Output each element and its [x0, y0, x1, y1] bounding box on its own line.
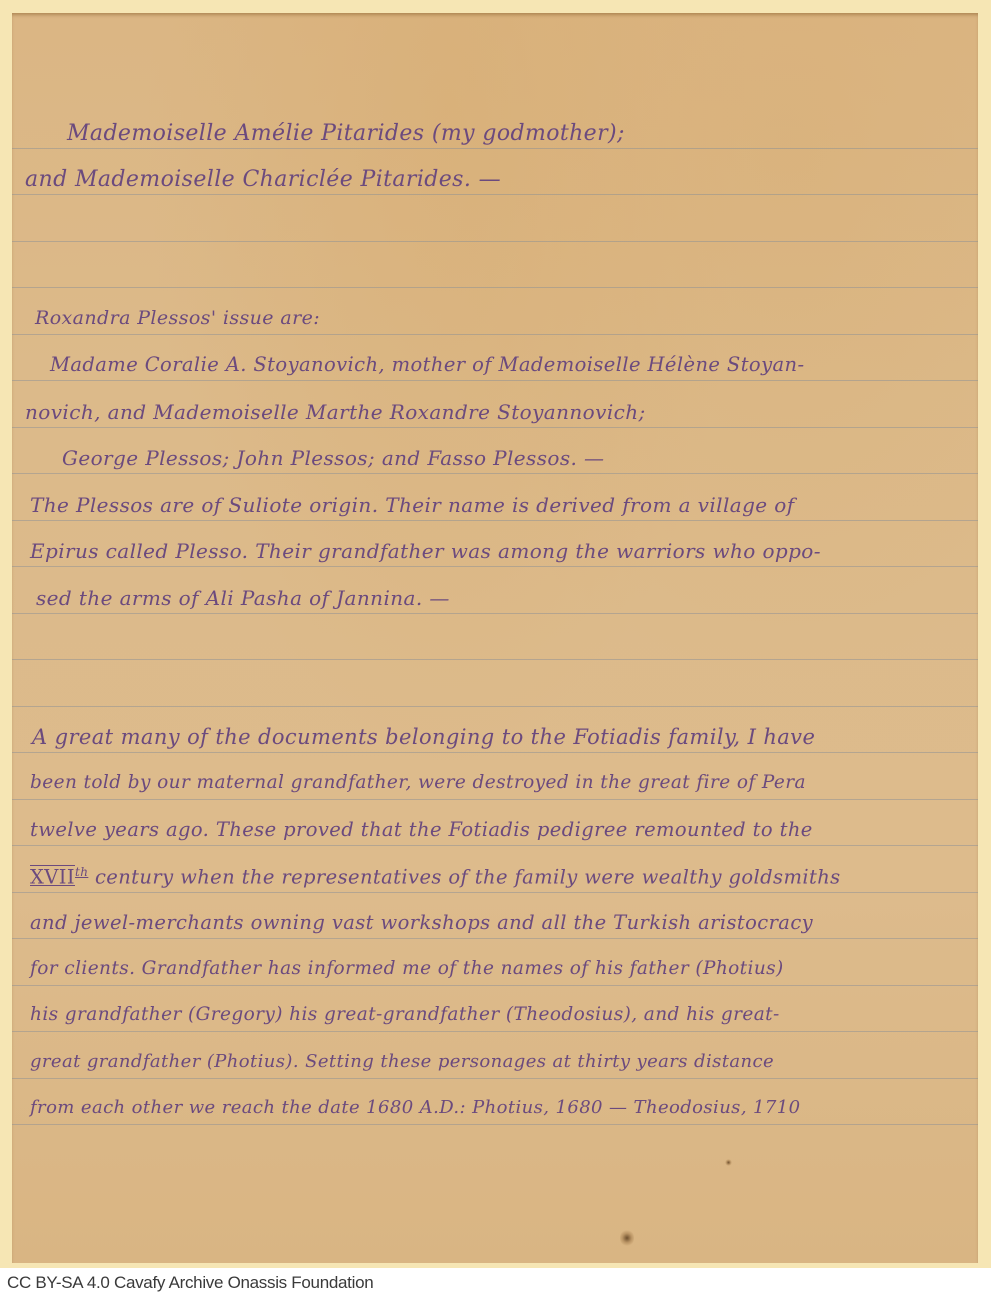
- handwritten-line: novich, and Mademoiselle Marthe Roxandre…: [25, 400, 646, 424]
- ruled-line: [12, 1124, 978, 1125]
- ruled-line: [12, 427, 978, 428]
- ruled-line: [12, 473, 978, 474]
- ruled-line: [12, 985, 978, 986]
- handwritten-line: his grandfather (Gregory) his great-gran…: [30, 1004, 780, 1025]
- handwritten-line: and jewel-merchants owning vast workshop…: [30, 911, 813, 934]
- handwritten-line: from each other we reach the date 1680 A…: [30, 1097, 800, 1118]
- ruled-line: [12, 520, 978, 521]
- handwritten-line: Madame Coralie A. Stoyanovich, mother of…: [50, 353, 804, 376]
- ruled-line: [12, 566, 978, 567]
- handwritten-line: Roxandra Plessos' issue are:: [35, 307, 320, 329]
- ruled-line: [12, 799, 978, 800]
- ruled-line: [12, 659, 978, 660]
- ruled-line: [12, 752, 978, 753]
- paper-stain: [620, 1229, 634, 1247]
- handwritten-line: A great many of the documents belonging …: [32, 725, 815, 749]
- ruled-line: [12, 287, 978, 288]
- ruled-line: [12, 148, 978, 149]
- ruled-line: [12, 1031, 978, 1032]
- handwritten-line: twelve years ago. These proved that the …: [30, 818, 813, 841]
- paper-stain: [725, 1159, 732, 1166]
- century-suffix: th: [75, 865, 88, 879]
- ruled-line: [12, 1078, 978, 1079]
- handwritten-line: for clients. Grandfather has informed me…: [30, 958, 784, 979]
- manuscript-page: Mademoiselle Amélie Pitarides (my godmot…: [12, 13, 978, 1263]
- ruled-line: [12, 892, 978, 893]
- ruled-line: [12, 334, 978, 335]
- ruled-line: [12, 241, 978, 242]
- ruled-line: [12, 938, 978, 939]
- handwritten-line: Epirus called Plesso. Their grandfather …: [30, 539, 821, 563]
- century-line-text: century when the representatives of the …: [95, 866, 841, 889]
- handwritten-line: George Plessos; John Plessos; and Fasso …: [62, 446, 604, 470]
- handwritten-line: and Mademoiselle Chariclée Pitarides. —: [25, 167, 501, 192]
- ruled-line: [12, 380, 978, 381]
- handwritten-line: great grandfather (Photius). Setting the…: [30, 1051, 774, 1072]
- handwritten-line: been told by our maternal grandfather, w…: [30, 772, 806, 793]
- ruled-line: [12, 194, 978, 195]
- license-credit: CC BY-SA 4.0 Cavafy Archive Onassis Foun…: [7, 1273, 373, 1293]
- handwritten-line-xvii: XVIIth century when the representatives …: [30, 865, 841, 889]
- ruled-line: [12, 613, 978, 614]
- handwritten-line: Mademoiselle Amélie Pitarides (my godmot…: [67, 121, 625, 146]
- century-numeral: XVII: [30, 866, 75, 889]
- ruled-line: [12, 845, 978, 846]
- ruled-line: [12, 706, 978, 707]
- handwritten-line: sed the arms of Ali Pasha of Jannina. —: [36, 586, 450, 610]
- handwritten-line: The Plessos are of Suliote origin. Their…: [30, 493, 795, 517]
